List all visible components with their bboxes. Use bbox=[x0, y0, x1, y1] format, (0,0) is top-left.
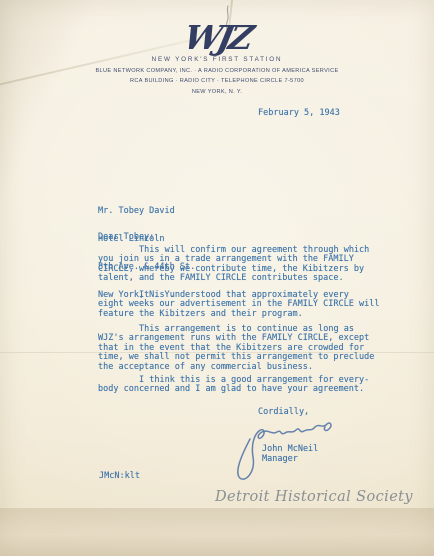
salutation: Dear Tobey: bbox=[98, 233, 154, 242]
archive-watermark: Detroit Historical Society bbox=[215, 489, 413, 505]
recipient-line: Mr. Tobey David bbox=[98, 207, 195, 216]
letterhead: WJZ NEW YORK'S FIRST STATION BLUE NETWOR… bbox=[0, 20, 434, 95]
body-line: feature the Kibitzers and their program. bbox=[98, 310, 388, 319]
letter-date: February 5, 1943 bbox=[258, 109, 340, 118]
letterhead-tagline: NEW YORK'S FIRST STATION bbox=[0, 56, 434, 63]
body-paragraph-2: It is understood that approximately ever… bbox=[98, 291, 388, 319]
letterhead-city-line: NEW YORK, N. Y. bbox=[0, 89, 434, 95]
letterhead-company-line: BLUE NETWORK COMPANY, INC. · A RADIO COR… bbox=[0, 68, 434, 74]
body-line: body concerned and I am glad to have you… bbox=[98, 385, 388, 394]
body-paragraph-4: I think this is a good arrangement for e… bbox=[98, 376, 388, 395]
signatory-name: John McNeil bbox=[262, 445, 318, 454]
paper-fold-crease bbox=[0, 508, 434, 556]
body-paragraph-1: This will confirm our agreement through … bbox=[98, 246, 388, 284]
reference-initials: JMcN:klt bbox=[99, 472, 140, 481]
letter-page: WJZ NEW YORK'S FIRST STATION BLUE NETWOR… bbox=[0, 0, 434, 556]
signatory-title: Manager bbox=[262, 455, 298, 464]
body-paragraph-3: This arrangement is to continue as long … bbox=[98, 325, 388, 372]
letterhead-address-line: RCA BUILDING · RADIO CITY · TELEPHONE CI… bbox=[0, 78, 434, 84]
body-line: the acceptance of any commercial busines… bbox=[98, 363, 388, 372]
wjz-logo: WJZ bbox=[0, 20, 434, 56]
body-line: talent, and the FAMILY CIRCLE contribute… bbox=[98, 274, 388, 283]
